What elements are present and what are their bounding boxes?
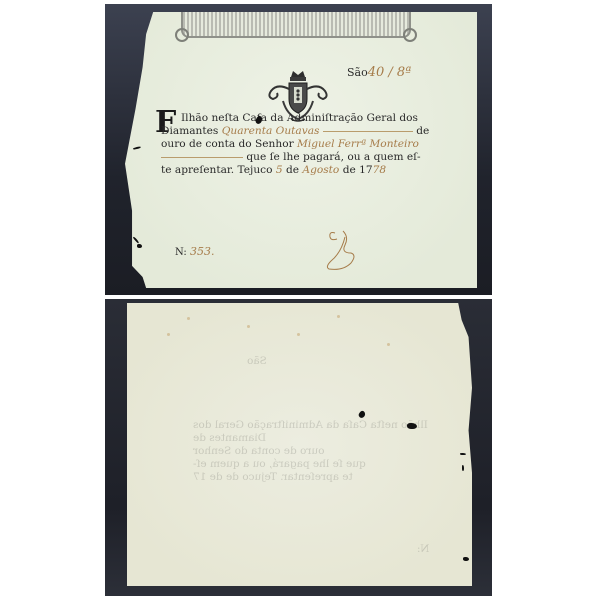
number-value: 353.: [190, 245, 215, 258]
fill-rule: [161, 157, 243, 158]
number-label: N:: [175, 247, 187, 258]
handwritten-year: 78: [373, 164, 386, 176]
ink-blot: [462, 465, 464, 471]
handwritten-day: 5: [276, 164, 283, 176]
printed-text: de: [286, 164, 299, 176]
printed-text: que ſe lhe pagará, ou a quem eſ-: [246, 151, 420, 163]
ghost-line-5: te apreſentar. Tejuco de de 17: [193, 471, 353, 483]
handwritten-amount: 40 / 8ª: [368, 65, 412, 80]
foxing-spot: [387, 343, 390, 346]
ink-blot: [133, 236, 140, 243]
foxing-spot: [167, 333, 170, 336]
handwritten-month: Agosto: [302, 164, 339, 176]
signature-flourish-icon: [321, 227, 361, 272]
handwritten-value: Quarenta Outavas: [222, 125, 320, 137]
ink-blot: [357, 410, 366, 419]
printed-text: Diamantes: [161, 125, 218, 137]
body-line-4: que ſe lhe pagará, ou a quem eſ-: [161, 151, 476, 164]
amount-header: São40 / 8ª: [347, 65, 411, 80]
sao-label: São: [347, 66, 368, 79]
ghost-line-1: Ilhão neſta Caſa da Adminiſtração Geral …: [193, 419, 428, 431]
ghost-sao: São: [247, 355, 267, 367]
ghost-line-4: que ſe lhe pagará, ou a quem eſ-: [193, 458, 366, 470]
ghost-line-3: ouro de conta do Senhor: [193, 445, 324, 457]
verso-paper: São Ilhão neſta Caſa da Adminiſtração Ge…: [127, 303, 472, 586]
foxing-spot: [337, 315, 340, 318]
handwritten-name: Miguel Ferrª Monteiro: [297, 138, 419, 150]
document-body: F Ilhão neſta Caſa da Adminiſtração Gera…: [161, 112, 476, 177]
ink-blot: [460, 453, 466, 455]
printed-text: de: [416, 125, 429, 137]
foxing-spot: [247, 325, 250, 328]
document-number: N: 353.: [175, 245, 214, 258]
verso-photo: São Ilhão neſta Caſa da Adminiſtração Ge…: [105, 299, 492, 596]
foxing-spot: [297, 333, 300, 336]
ghost-line-2: Diamantes de: [193, 432, 266, 444]
ink-blot: [133, 146, 141, 150]
body-line-5: te apreſentar. Tejuco 5 de Agosto de 177…: [161, 164, 476, 177]
recto-paper: São40 / 8ª F Ilhão neſta Caſa da Adminiſ…: [125, 12, 477, 288]
printed-text: de 17: [343, 164, 373, 176]
body-line-3: ouro de conta do Senhor Miguel Ferrª Mon…: [161, 138, 476, 151]
foxing-spot: [187, 317, 190, 320]
ink-blot: [407, 423, 417, 429]
printed-text: Ilhão neſta Caſa da Adminiſtração Geral …: [181, 112, 418, 124]
printed-text: te apreſentar. Tejuco: [161, 164, 272, 176]
ink-blot: [463, 557, 469, 561]
body-line-1: Ilhão neſta Caſa da Adminiſtração Geral …: [161, 112, 476, 125]
ink-blot: [137, 244, 142, 248]
printed-text: ouro de conta do Senhor: [161, 138, 294, 150]
body-line-2: Diamantes Quarenta Outavas de: [161, 125, 476, 138]
ghost-number: N:: [417, 543, 429, 555]
recto-photo: São40 / 8ª F Ilhão neſta Caſa da Adminiſ…: [105, 4, 492, 295]
fill-rule: [323, 131, 413, 132]
engraved-border-frame: [181, 6, 411, 38]
